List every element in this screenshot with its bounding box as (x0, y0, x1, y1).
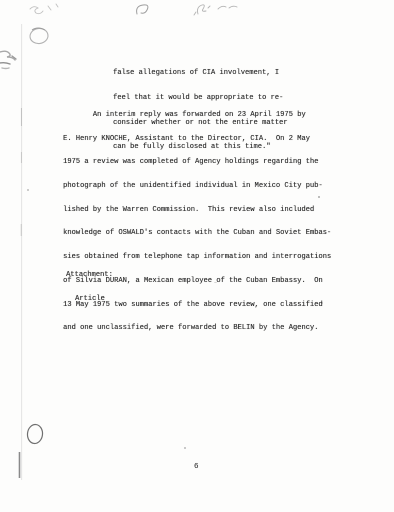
paragraph-line: An interim reply was forwarded on 23 Apr… (63, 112, 331, 120)
attachment-note: Attachment: Article (66, 256, 113, 319)
fold-crease-line (20, 24, 30, 480)
pencil-hook-top-center (137, 5, 148, 14)
scan-speck (184, 447, 186, 449)
paragraph-line: lished by the Warren Commission. This re… (63, 207, 331, 215)
attachment-value: Article (75, 296, 113, 304)
pencil-scribble-top-left (30, 4, 58, 14)
paragraph-line: photograph of the unidentified individua… (63, 183, 331, 191)
edge-smudge-mark (0, 51, 16, 68)
handwritten-circle-bottom (27, 424, 44, 444)
page-number: 6 (194, 463, 199, 471)
paragraph-line: E. Henry KNOCHE, Assistant to the Direct… (63, 136, 331, 144)
scanned-document-page: false allegations of CIA involvement, I … (0, 0, 394, 512)
paragraph-line: knowledge of OSWALD's contacts with the … (63, 230, 331, 238)
paragraph-line: 1975 a review was completed of Agency ho… (63, 159, 331, 167)
attachment-label: Attachment: (66, 272, 113, 280)
quote-line: false allegations of CIA involvement, I (113, 69, 288, 77)
paragraph-line: and one unclassified, were forwarded to … (63, 325, 331, 333)
pencil-scribble-top-right (194, 5, 237, 15)
